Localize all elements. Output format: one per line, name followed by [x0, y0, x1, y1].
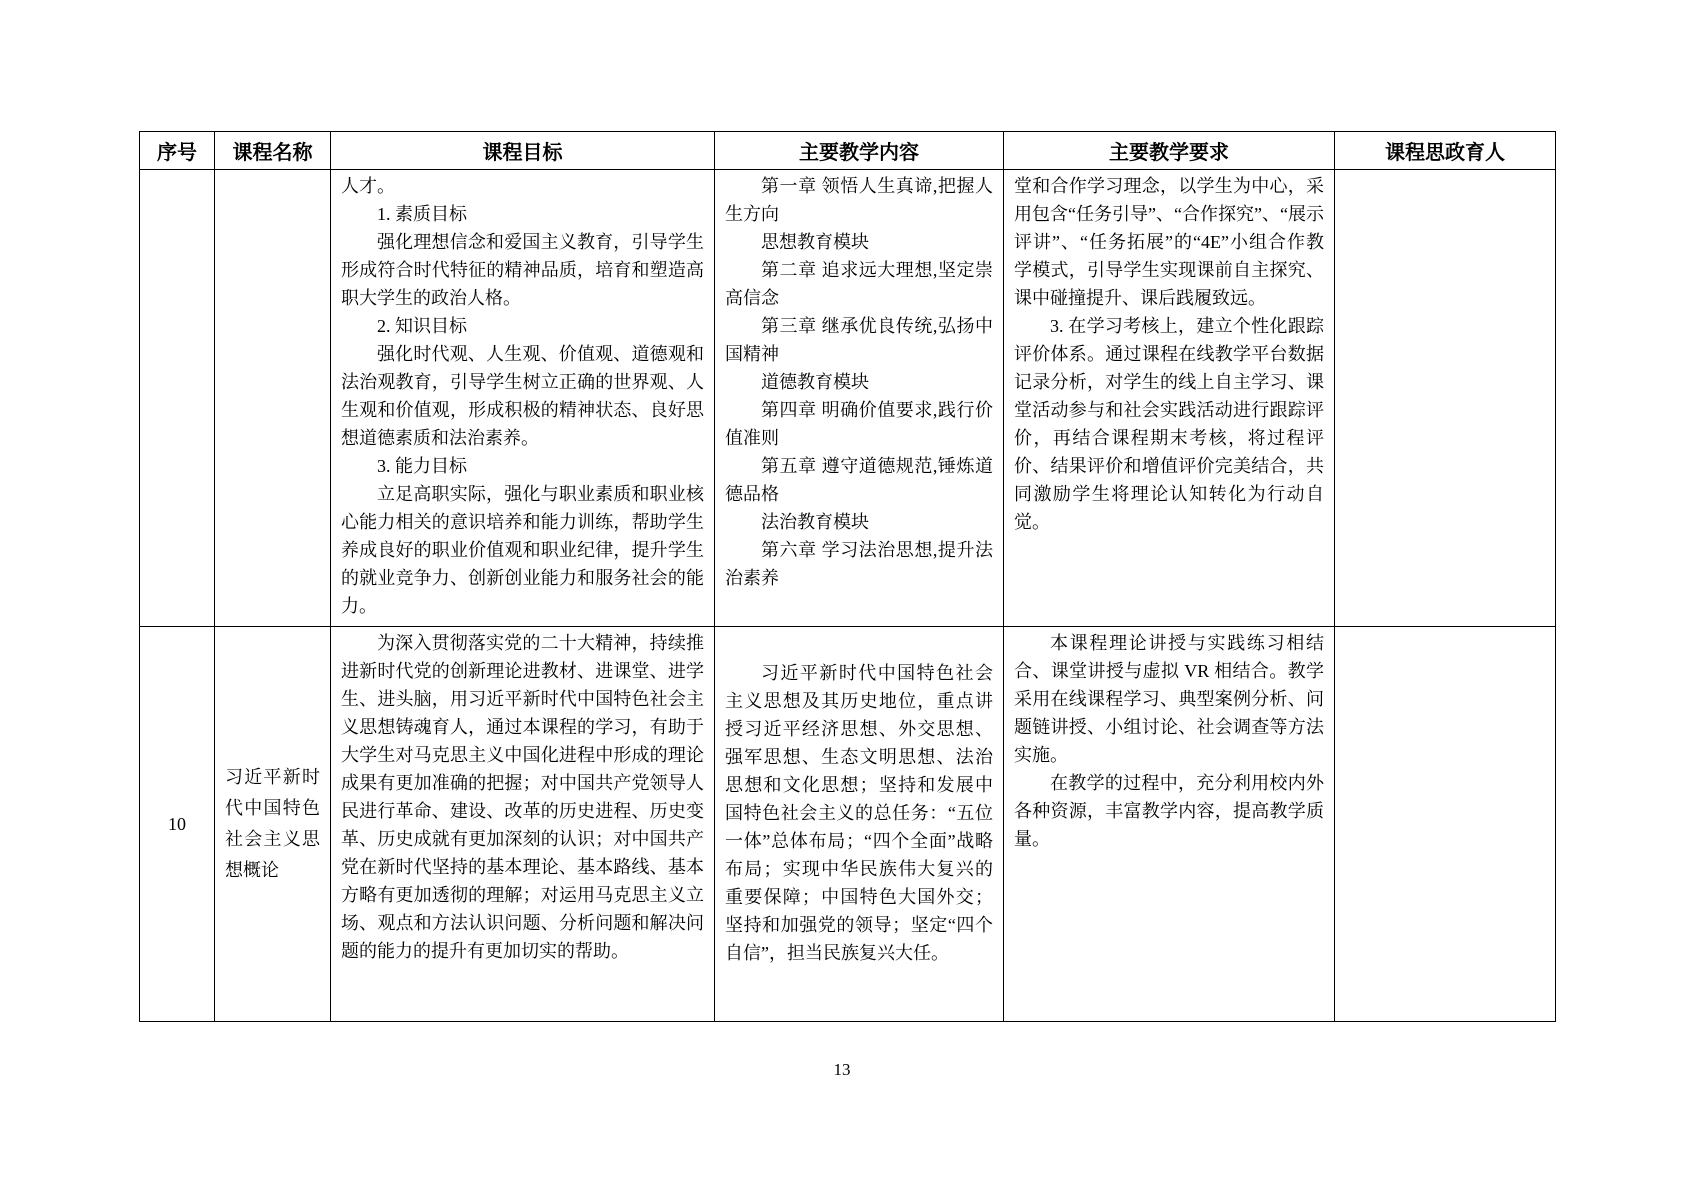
cell-requirements: 本课程理论讲授与实践练习相结合、课堂讲授与虚拟 VR 相结合。教学采用在线课程学… [1004, 627, 1335, 1022]
paragraph: 第二章 追求远大理想,坚定崇高信念 [725, 256, 993, 312]
cell-ideology [1335, 627, 1556, 1022]
paragraph: 第三章 继承优良传统,弘扬中国精神 [725, 312, 993, 368]
header-course-name: 课程名称 [215, 132, 331, 170]
cell-content: 第一章 领悟人生真谛,把握人生方向 思想教育模块 第二章 追求远大理想,坚定崇高… [715, 170, 1004, 627]
paragraph: 2. 知识目标 [341, 312, 704, 340]
paragraph: 3. 在学习考核上，建立个性化跟踪评价体系。通过课程在线教学平台数据记录分析，对… [1014, 312, 1324, 536]
cell-seq [140, 170, 215, 627]
header-ideology: 课程思政育人 [1335, 132, 1556, 170]
course-table: 序号 课程名称 课程目标 主要教学内容 主要教学要求 课程思政育人 人才。 1.… [139, 131, 1556, 1022]
paragraph: 道德教育模块 [725, 368, 993, 396]
paragraph: 思想教育模块 [725, 228, 993, 256]
table-row-course-10: 10 习近平新时代中国特色社会主义思想概论 为深入贯彻落实党的二十大精神，持续推… [140, 627, 1556, 1022]
paragraph: 3. 能力目标 [341, 452, 704, 480]
cell-objectives: 为深入贯彻落实党的二十大精神，持续推进新时代党的创新理论进教材、进课堂、进学生、… [331, 627, 715, 1022]
cell-requirements: 堂和合作学习理念，以学生为中心，采用包含“任务引导”、“合作探究”、“展示评讲”… [1004, 170, 1335, 627]
paragraph: 立足高职实际，强化与职业素质和职业核心能力相关的意识培养和能力训练，帮助学生养成… [341, 480, 704, 620]
paragraph: 1. 素质目标 [341, 200, 704, 228]
paragraph: 强化理想信念和爱国主义教育，引导学生形成符合时代特征的精神品质，培育和塑造高职大… [341, 228, 704, 312]
cell-course-name: 习近平新时代中国特色社会主义思想概论 [215, 627, 331, 1022]
course-name-text: 习近平新时代中国特色社会主义思想概论 [225, 762, 320, 886]
header-objectives: 课程目标 [331, 132, 715, 170]
paragraph: 人才。 [341, 172, 704, 200]
paragraph: 习近平新时代中国特色社会主义思想及其历史地位，重点讲授习近平经济思想、外交思想、… [725, 659, 993, 967]
cell-content: 习近平新时代中国特色社会主义思想及其历史地位，重点讲授习近平经济思想、外交思想、… [715, 627, 1004, 1022]
paragraph: 为深入贯彻落实党的二十大精神，持续推进新时代党的创新理论进教材、进课堂、进学生、… [341, 629, 704, 965]
paragraph: 强化时代观、人生观、价值观、道德观和法治观教育，引导学生树立正确的世界观、人生观… [341, 340, 704, 452]
paragraph: 第六章 学习法治思想,提升法治素养 [725, 536, 993, 592]
cell-course-name [215, 170, 331, 627]
cell-objectives: 人才。 1. 素质目标 强化理想信念和爱国主义教育，引导学生形成符合时代特征的精… [331, 170, 715, 627]
paragraph: 堂和合作学习理念，以学生为中心，采用包含“任务引导”、“合作探究”、“展示评讲”… [1014, 172, 1324, 312]
table-row-continued: 人才。 1. 素质目标 强化理想信念和爱国主义教育，引导学生形成符合时代特征的精… [140, 170, 1556, 627]
paragraph: 本课程理论讲授与实践练习相结合、课堂讲授与虚拟 VR 相结合。教学采用在线课程学… [1014, 629, 1324, 769]
paragraph: 法治教育模块 [725, 508, 993, 536]
page-number: 13 [0, 1060, 1684, 1080]
header-row: 序号 课程名称 课程目标 主要教学内容 主要教学要求 课程思政育人 [140, 132, 1556, 170]
paragraph: 第一章 领悟人生真谛,把握人生方向 [725, 172, 993, 228]
paragraph: 在教学的过程中，充分利用校内外各种资源，丰富教学内容，提高教学质量。 [1014, 769, 1324, 853]
header-requirements: 主要教学要求 [1004, 132, 1335, 170]
paragraph: 第五章 遵守道德规范,锤炼道德品格 [725, 452, 993, 508]
cell-seq: 10 [140, 627, 215, 1022]
cell-ideology [1335, 170, 1556, 627]
paragraph: 第四章 明确价值要求,践行价值准则 [725, 396, 993, 452]
header-content: 主要教学内容 [715, 132, 1004, 170]
header-seq: 序号 [140, 132, 215, 170]
